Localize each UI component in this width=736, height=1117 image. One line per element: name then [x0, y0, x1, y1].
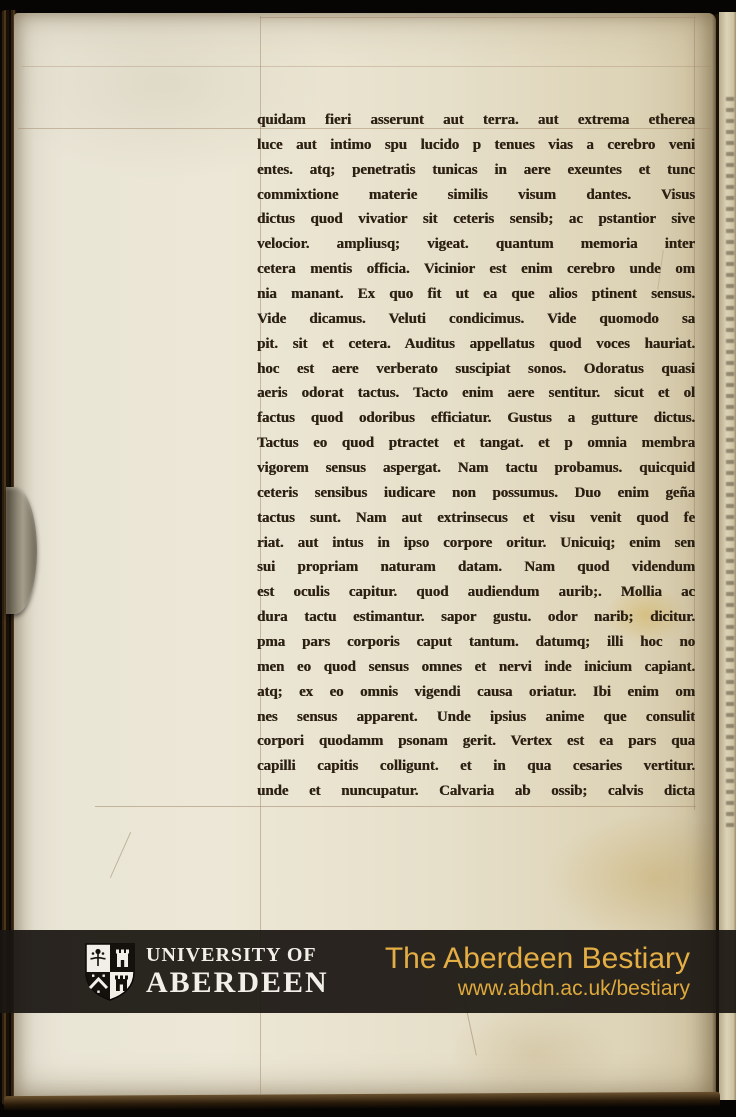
- site-url: www.abdn.ac.uk/bestiary: [385, 977, 690, 1001]
- manuscript-line: riat. aut intus in ipso corpore oritur. …: [257, 531, 695, 556]
- manuscript-line: factus quod odoribus efficiatur. Gustus …: [257, 406, 695, 431]
- manuscript-line: corpori quodamm psonam gerit. Vertex est…: [257, 729, 695, 754]
- footer-banner: UNIVERSITY OF ABERDEEN The Aberdeen Best…: [0, 930, 736, 1013]
- manuscript-line: tactus sunt. Nam aut extrinsecus et visu…: [257, 506, 695, 531]
- manuscript-line: nes sensus apparent. Unde ipsius anime q…: [257, 705, 695, 730]
- ruling-horizontal-top: [260, 17, 696, 18]
- manuscript-line: men eo quod sensus omnes et nervi inde i…: [257, 655, 695, 680]
- manuscript-line: est oculis capitur. quod audiendum aurib…: [257, 580, 695, 605]
- manuscript-line: ceteris sensibus iudicare non possumus. …: [257, 481, 695, 506]
- manuscript-line: entes. atq; penetratis tunicas in aere e…: [257, 158, 695, 183]
- manuscript-line: nia manant. Ex quo fit ut ea que alios p…: [257, 282, 695, 307]
- manuscript-line: pit. sit et cetera. Auditus appellatus q…: [257, 332, 695, 357]
- university-crest-icon: [84, 942, 136, 1002]
- manuscript-line: sui propriam naturam datam. Nam quod vid…: [257, 555, 695, 580]
- manuscript-line: vigorem sensus aspergat. Nam tactu proba…: [257, 456, 695, 481]
- manuscript-line: Tactus eo quod ptractet et tangat. et p …: [257, 431, 695, 456]
- ruling-horizontal-upper: [22, 66, 712, 67]
- book-tail-edge: [4, 1092, 720, 1111]
- university-name-line2: ABERDEEN: [146, 968, 329, 998]
- university-name-line1: UNIVERSITY OF: [146, 945, 329, 965]
- manuscript-line: unde et nuncupatur. Calvaria ab ossib; c…: [257, 779, 695, 804]
- manuscript-line: aeris odorat tactus. Tacto enim aere sen…: [257, 381, 695, 406]
- bestiary-site-block: The Aberdeen Bestiary www.abdn.ac.uk/bes…: [385, 942, 690, 1001]
- manuscript-line: luce aut intimo spu lucido p tenues vias…: [257, 133, 695, 158]
- university-name: UNIVERSITY OF ABERDEEN: [146, 945, 329, 998]
- university-logo: UNIVERSITY OF ABERDEEN: [84, 942, 329, 1002]
- manuscript-line: quidam fieri asserunt aut terra. aut ext…: [257, 108, 695, 133]
- manuscript-line: pma pars corporis caput tantum. datumq; …: [257, 630, 695, 655]
- manuscript-line: Vide dicamus. Veluti condicimus. Vide qu…: [257, 307, 695, 332]
- manuscript-line: hoc est aere verberato suscipiat sonos. …: [257, 357, 695, 382]
- manuscript-line: atq; ex eo omnis vigendi causa oriatur. …: [257, 680, 695, 705]
- manuscript-line: cetera mentis officia. Vicinior est enim…: [257, 257, 695, 282]
- manuscript-line: dura tactu estimantur. sapor gustu. odor…: [257, 605, 695, 630]
- manuscript-text-block: quidam fieri asserunt aut terra. aut ext…: [257, 108, 695, 806]
- manuscript-line: commixtione materie similis visum dantes…: [257, 183, 695, 208]
- manuscript-line: velocior. ampliusq; vigeat. quantum memo…: [257, 232, 695, 257]
- manuscript-line: dictus quod vivatior sit ceteris sensib;…: [257, 207, 695, 232]
- site-title: The Aberdeen Bestiary: [385, 942, 690, 977]
- ruling-horizontal-bottom: [95, 806, 696, 807]
- manuscript-photo: quidam fieri asserunt aut terra. aut ext…: [0, 0, 736, 1117]
- manuscript-line: capilli capitis colligunt. et in qua ces…: [257, 754, 695, 779]
